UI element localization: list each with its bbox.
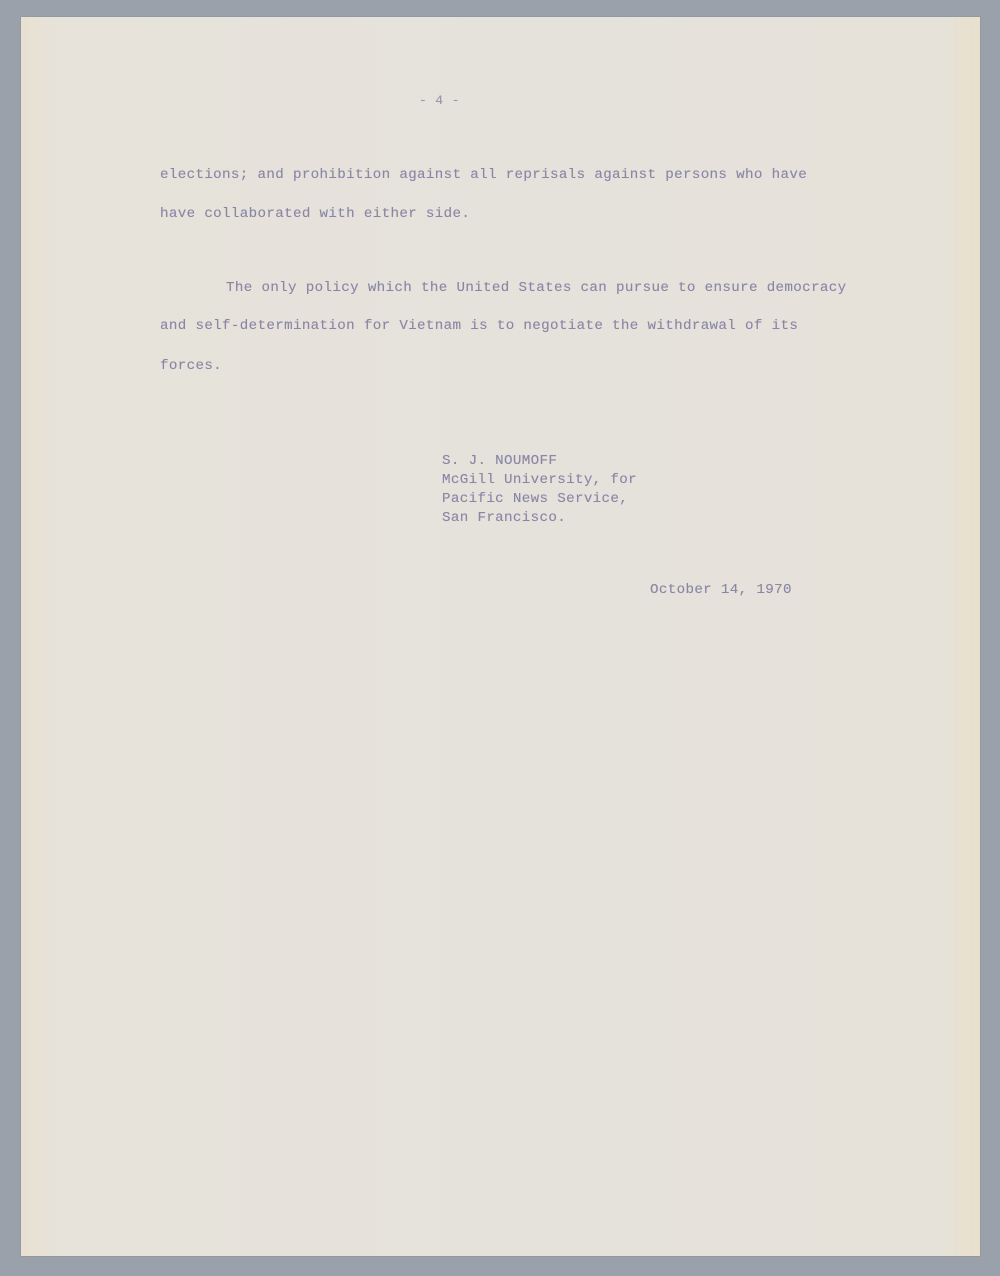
document-date: October 14, 1970	[650, 583, 792, 597]
text-line: forces.	[160, 359, 222, 373]
text-line: have collaborated with either side.	[160, 207, 470, 221]
author-name: S. J. NOUMOFF	[442, 452, 557, 472]
document-page: - 4 - elections; and prohibition against…	[21, 17, 980, 1256]
author-location: San Francisco.	[442, 509, 566, 529]
page-number: - 4 -	[419, 94, 460, 107]
author-affiliation: Pacific News Service,	[442, 490, 628, 510]
text-line: elections; and prohibition against all r…	[160, 168, 807, 182]
text-line: and self-determination for Vietnam is to…	[160, 319, 798, 333]
author-affiliation: McGill University, for	[442, 471, 637, 491]
text-line: The only policy which the United States …	[226, 281, 846, 295]
